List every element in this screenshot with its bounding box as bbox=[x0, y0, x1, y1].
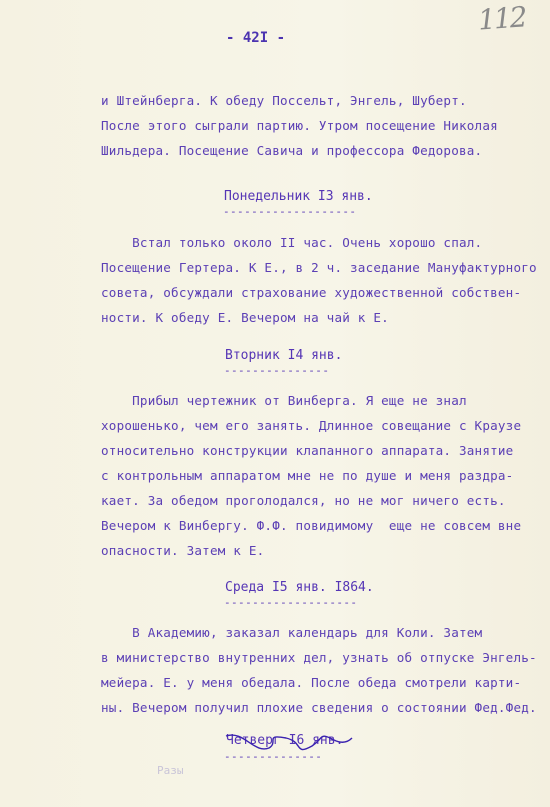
text-line: Посещение Гертера. К Е., в 2 ч. заседани… bbox=[101, 260, 537, 275]
page-number: - 42I - bbox=[226, 30, 285, 46]
text-line: опасности. Затем к Е. bbox=[101, 543, 264, 558]
entry-heading-wednesday: Среда I5 янв. I864. bbox=[225, 580, 374, 595]
entry-heading-monday: Понедельник I3 янв. bbox=[224, 189, 373, 204]
text-line: относительно конструкции клапанного аппа… bbox=[101, 443, 513, 458]
text-line: мейера. Е. у меня обедала. После обеда с… bbox=[101, 675, 521, 690]
handwritten-strikeout-mark bbox=[224, 728, 354, 756]
text-line: совета, обсуждали страхование художестве… bbox=[101, 285, 521, 300]
text-line: с контрольным аппаратом мне не по душе и… bbox=[101, 468, 513, 483]
text-line: хорошенько, чем его занять. Длинное сове… bbox=[101, 418, 521, 433]
text-line: Прибыл чертежник от Винберга. Я еще не з… bbox=[101, 393, 467, 408]
typewritten-page: 112 - 42I - и Штейнберга. К обеду Поссел… bbox=[0, 0, 550, 807]
text-line: Встал только около II час. Очень хорошо … bbox=[101, 235, 482, 250]
text-line: Шильдера. Посещение Савича и профессора … bbox=[101, 143, 482, 158]
heading-underline: --------------- bbox=[224, 364, 329, 377]
heading-underline: ------------------- bbox=[223, 205, 356, 218]
text-line: ности. К обеду Е. Вечером на чай к Е. bbox=[101, 310, 389, 325]
entry-heading-tuesday: Вторник I4 янв. bbox=[225, 348, 342, 363]
faint-bleed-through-text: Разы bbox=[157, 764, 184, 777]
handwritten-folio-number: 112 bbox=[477, 0, 527, 36]
text-line: кает. За обедом проголодался, но не мог … bbox=[101, 493, 506, 508]
text-line: После этого сыграли партию. Утром посеще… bbox=[101, 118, 498, 133]
text-line: и Штейнберга. К обеду Поссельт, Энгель, … bbox=[101, 93, 467, 108]
text-line: Вечером к Винбергу. Ф.Ф. повидимому еще … bbox=[101, 518, 521, 533]
text-line: В Академию, заказал календарь для Коли. … bbox=[101, 625, 482, 640]
text-line: ны. Вечером получил плохие сведения о со… bbox=[101, 700, 537, 715]
heading-underline: ------------------- bbox=[224, 596, 357, 609]
text-line: в министерство внутренних дел, узнать об… bbox=[101, 650, 537, 665]
